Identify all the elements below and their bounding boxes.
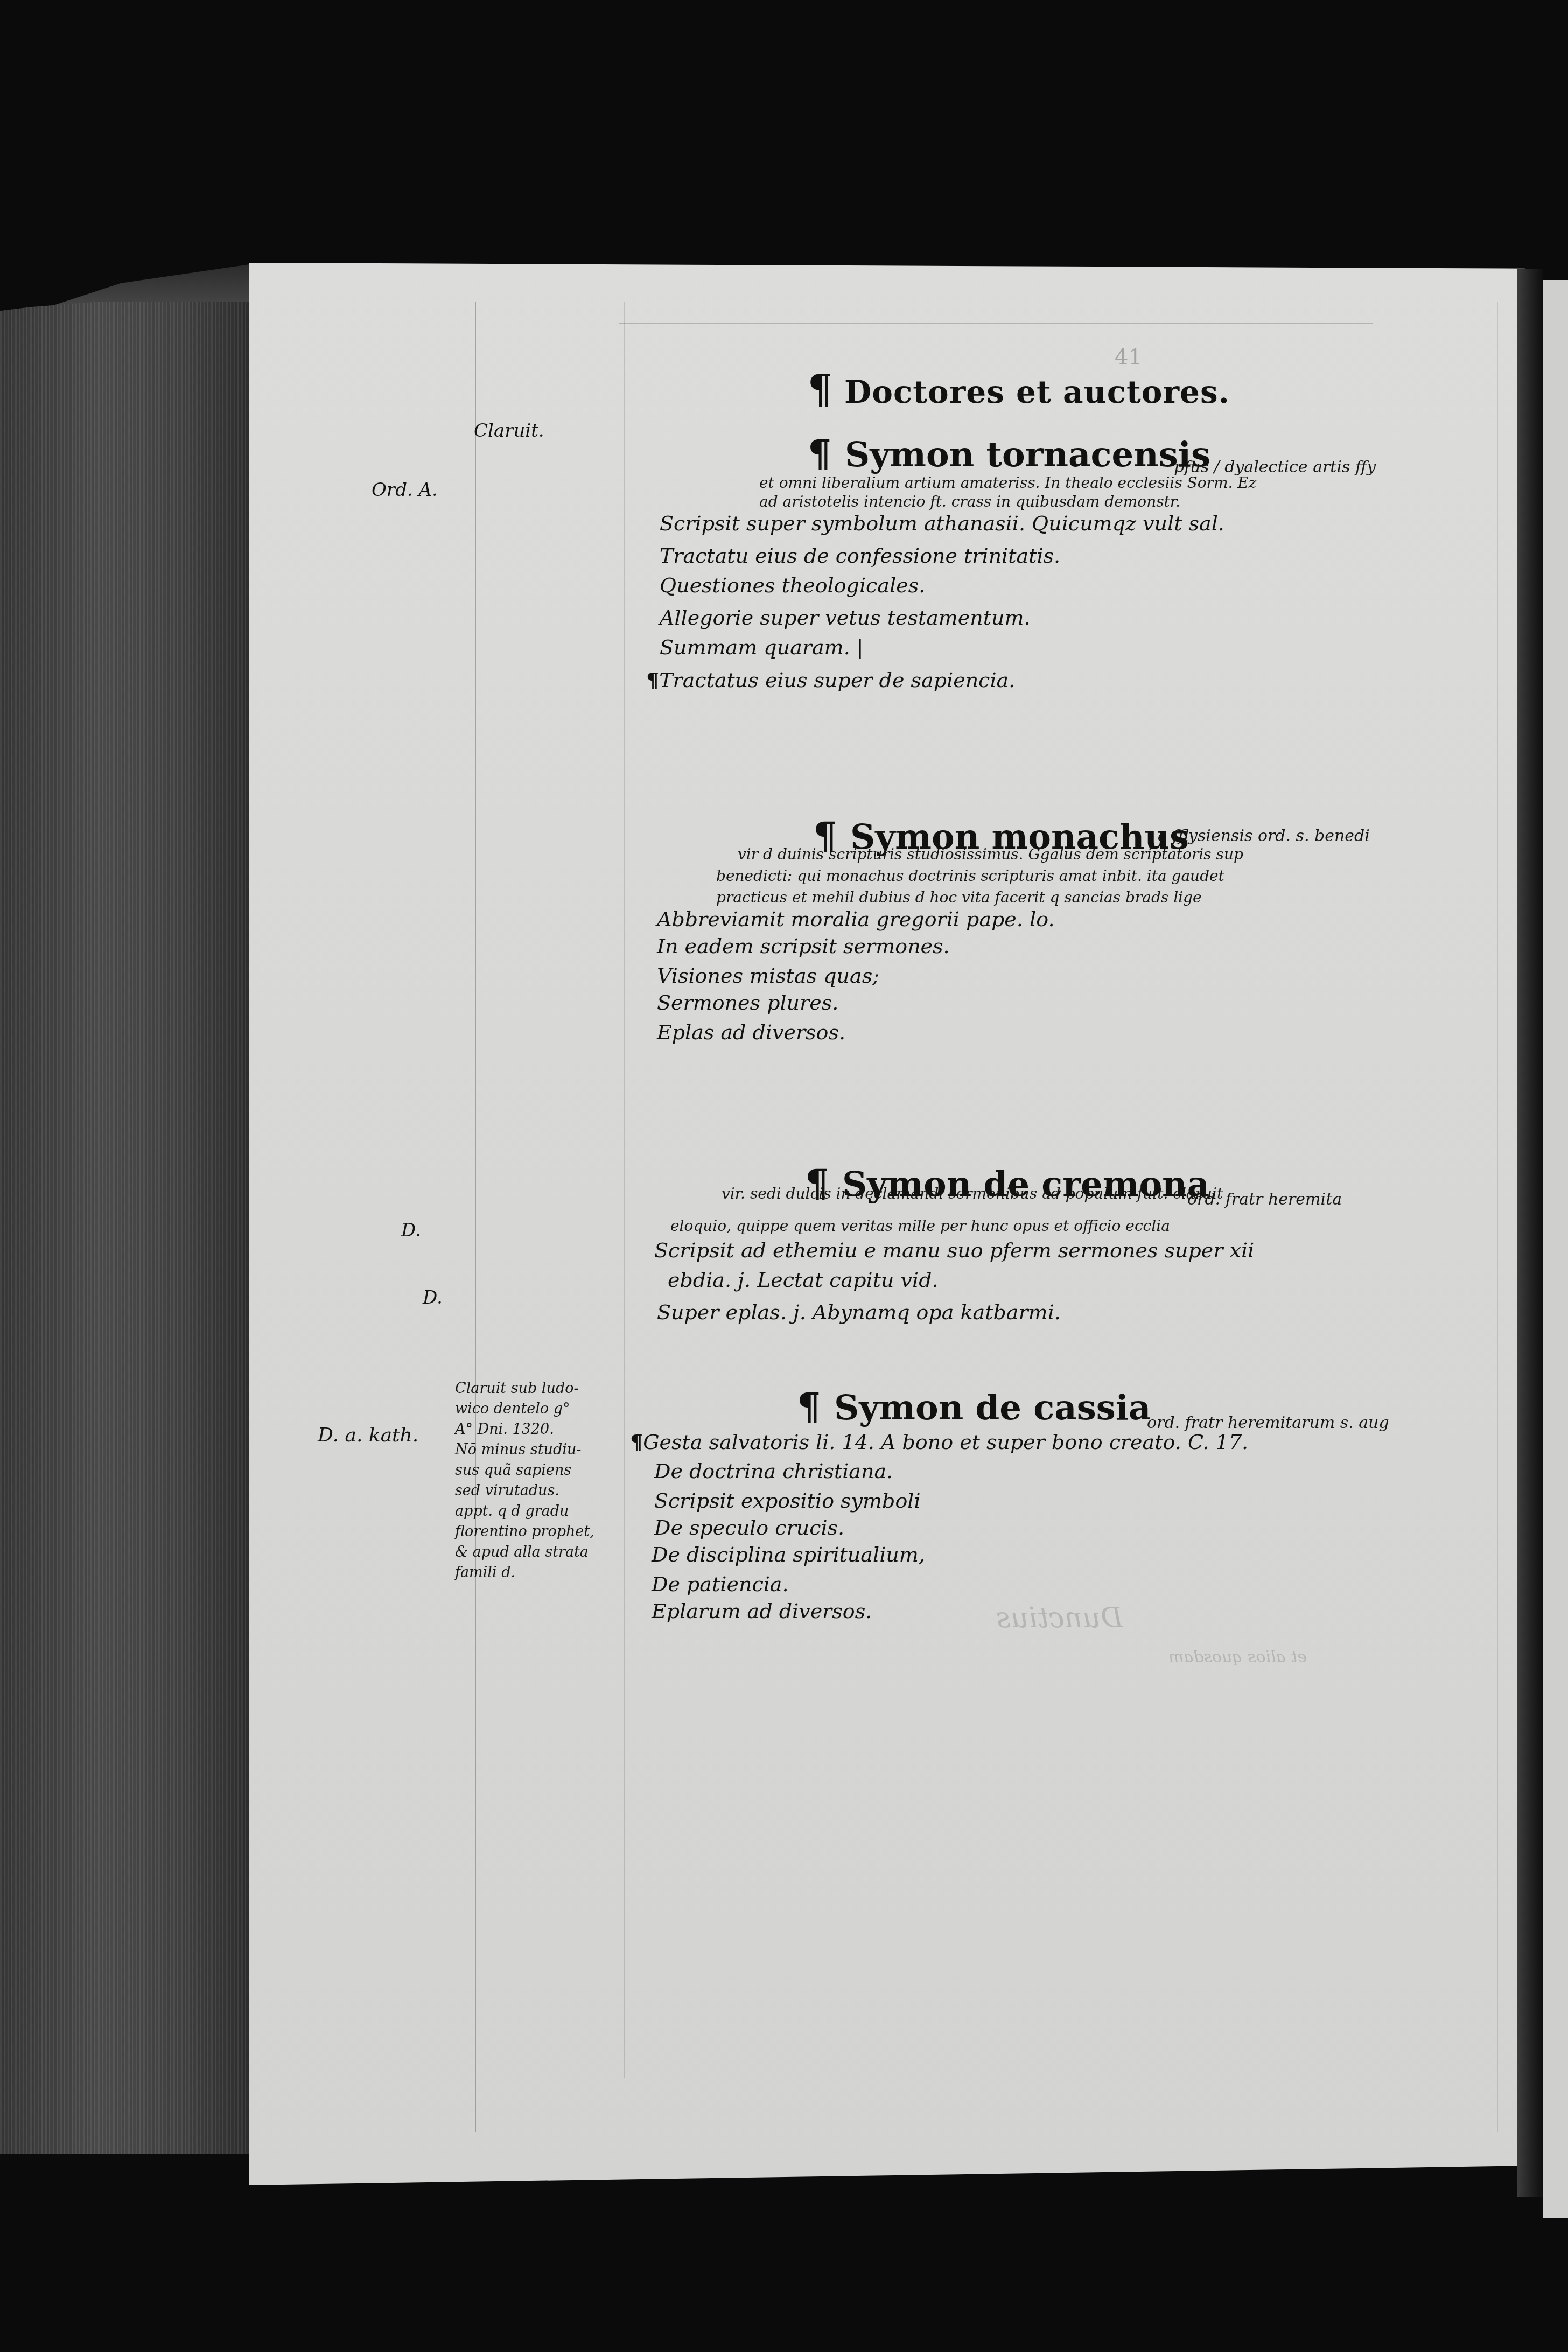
page-heading-text: Doctores et auctores. [844,374,1230,410]
work-line: Eplas ad diversos. [657,1020,845,1044]
work-line: Abbreviamit moralia gregorii pape. lo. [657,907,1054,931]
margin-note-claruit: Claruit. [474,420,544,442]
show-through-text: Dunctius [996,1602,1123,1634]
entry-gloss-line: practicus et mehil dubius d hoc vita fac… [716,888,1202,906]
work-line: Summam quaram. | [660,635,864,659]
paragraph-mark-icon: ¶ [808,431,845,475]
work-line: De speculo crucis. [654,1516,844,1539]
entry-title-text: Symon de cassia [834,1388,1151,1428]
work-line-text: Tractatus eius super de sapiencia. [659,668,1015,692]
margin-note-line: florentino prophet, [455,1522,594,1542]
facing-page-edge [1543,280,1568,2218]
top-ruling [619,323,1373,324]
margin-note-d-a-kath: D. a. kath. [318,1424,418,1446]
margin-note-line: Claruit sub ludo- [455,1378,594,1399]
margin-note-line: A° Dni. 1320. [455,1419,594,1440]
work-line-text: Gesta salvatoris li. 14. A bono et super… [643,1430,1248,1454]
work-line: De doctrina christiana. [654,1459,893,1483]
paragraph-mark-icon: ¶ [808,366,833,412]
work-line: Scripsit ad ethemiu e manu suo pferm ser… [654,1238,1254,1262]
margin-ruling-inner [624,302,625,2078]
margin-note-line: wico dentelo g° [455,1399,594,1419]
work-line: Tractatu eius de confessione trinitatis. [660,544,1060,568]
work-line: De disciplina spiritualium, [652,1543,925,1566]
gutter-shadow [1517,269,1543,2197]
work-line: De patiencia. [652,1572,789,1596]
margin-note-d: D. [401,1220,421,1241]
work-line: In eadem scripsit sermones. [657,934,950,958]
work-line: ebdia. j. Lectat capitu vid. [668,1268,939,1292]
show-through-text: et alios quosdam [1168,1648,1307,1667]
work-line: Scripsit super symbolum athanasii. Quicu… [660,512,1224,535]
paragraph-mark-icon: ¶ [646,668,659,692]
margin-note-line: appt. q d gradu [455,1501,594,1522]
margin-ruling-right [1497,302,1498,2132]
margin-note-line: sus quã sapiens [455,1460,594,1481]
entry-gloss-line: eloquio, quippe quem veritas mille per h… [670,1217,1170,1235]
work-line: Questiones theologicales. [660,573,925,597]
book-fore-edge [0,302,253,2154]
entry-gloss-line: ad aristotelis intencio ft. crass in qui… [759,493,1180,510]
entry-gloss-line: et omni liberalium artium amateriss. In … [759,474,1257,492]
paragraph-mark-icon: ¶ [797,1384,834,1429]
entry-gloss-line: a fflysiensis ord. s. benedi [1158,827,1370,845]
work-line: Super eplas. j. Abynamq opa katbarmi. [657,1300,1061,1324]
entry-title-text: Symon tornacensis [845,435,1210,475]
work-line: Sermones plures. [657,991,838,1014]
work-line: Allegorie super vetus testamentum. [660,606,1031,629]
margin-note-line: famili d. [455,1563,594,1583]
margin-note-line: & apud alla strata [455,1542,594,1563]
margin-note-d: D. [423,1287,443,1308]
work-line: Visiones mistas quas; [657,964,879,988]
entry-title: ¶ Symon tornacensis [808,431,1210,475]
margin-note-line: Nō minus studiu- [455,1440,594,1460]
entry-gloss-line: vir d duinis scripturis studiosissimus. … [738,845,1243,863]
page-heading: ¶ Doctores et auctores. [808,366,1230,412]
paragraph-mark-icon: ¶ [630,1430,643,1454]
margin-note-claruit-block: Claruit sub ludo- wico dentelo g° A° Dni… [455,1378,594,1583]
margin-ruling-left [475,302,476,2132]
entry-title: ¶ Symon de cassia [797,1384,1151,1429]
margin-note-line: sed virutadus. [455,1481,594,1501]
work-line: ¶Tractatus eius super de sapiencia. [646,668,1015,692]
work-line: Eplarum ad diversos. [652,1599,872,1623]
margin-note-ord: Ord. A. [372,479,438,501]
work-line: ¶Gesta salvatoris li. 14. A bono et supe… [630,1430,1248,1454]
entry-gloss-line: benedicti: qui monachus doctrinis script… [716,867,1224,885]
entry-gloss-line: vir. sedi dulcis in declamandi sermonibu… [722,1185,1223,1202]
work-line: Scripsit expositio symboli [654,1489,921,1513]
